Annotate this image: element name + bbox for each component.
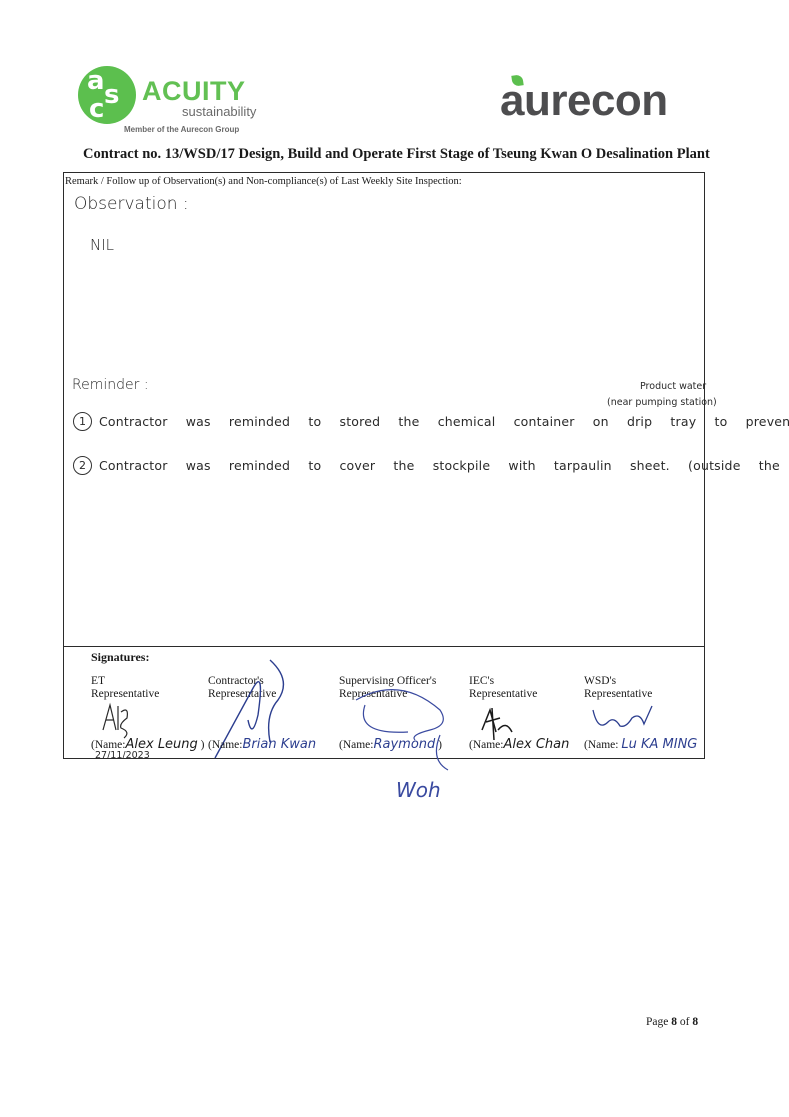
signature-role-iec: IEC's Representative xyxy=(469,675,537,701)
role-line2: Representative xyxy=(91,688,159,701)
role-line1: ET xyxy=(91,675,159,688)
page-number: Page 8 of 8 xyxy=(646,1016,698,1028)
signature-divider xyxy=(63,646,705,647)
role-line2: Representative xyxy=(584,688,652,701)
role-line1: IEC's xyxy=(469,675,537,688)
observation-value: NIL xyxy=(90,236,114,254)
monogram-s: s xyxy=(104,82,119,108)
signatory-name: Raymond xyxy=(373,737,435,752)
aurecon-brand-name: aurecon xyxy=(500,76,668,126)
reminder-1-number: 1 xyxy=(73,412,92,431)
reminder-2-text: Contractor was reminded to cover the sto… xyxy=(99,458,789,473)
signatory-name: Alex Chan xyxy=(503,737,569,752)
page-of: of xyxy=(680,1016,690,1028)
name-prefix: (Name: xyxy=(208,739,242,751)
name-suffix: ) xyxy=(201,739,205,751)
observation-label: Observation : xyxy=(74,194,189,214)
signatory-name: Brian Kwan xyxy=(242,737,316,752)
monogram-a: a xyxy=(87,68,105,94)
signatory-name: Lu KA MING xyxy=(621,737,697,752)
signature-name-supervising-officer: (Name:Raymond ) xyxy=(339,737,442,752)
reminder-label: Reminder : xyxy=(72,377,149,393)
acuity-member-text: Member of the Aurecon Group xyxy=(124,125,239,134)
role-line2: Representative xyxy=(339,688,436,701)
asc-monogram-icon: a s c xyxy=(78,66,136,124)
contract-title: Contract no. 13/WSD/17 Design, Build and… xyxy=(83,146,710,163)
signature-name-wsd: (Name: Lu KA MING xyxy=(584,737,697,752)
signature-name-iec: (Name:Alex Chan xyxy=(469,737,569,752)
signatory-name-line2: Woh xyxy=(396,778,441,802)
acuity-tagline: sustainability xyxy=(182,104,256,119)
role-line1: WSD's xyxy=(584,675,652,688)
signature-role-wsd: WSD's Representative xyxy=(584,675,652,701)
page-total: 8 xyxy=(692,1016,698,1028)
role-line1: Supervising Officer's xyxy=(339,675,436,688)
name-suffix: ) xyxy=(438,739,442,751)
reminder-1-annotation-line2: (near pumping station) xyxy=(607,397,717,408)
name-prefix: (Name: xyxy=(469,739,503,751)
aurecon-logo: aurecon xyxy=(500,72,700,128)
page-label: Page xyxy=(646,1016,668,1028)
acuity-brand-name: ACUITY xyxy=(142,76,246,107)
signature-role-supervising-officer: Supervising Officer's Representative xyxy=(339,675,436,701)
signatures-title: Signatures: xyxy=(91,650,149,665)
name-prefix: (Name: xyxy=(339,739,373,751)
signature-name-contractor: (Name:Brian Kwan xyxy=(208,737,316,752)
name-prefix: (Name: xyxy=(584,739,618,751)
signature-role-et: ET Representative xyxy=(91,675,159,701)
signature-role-contractor: Contractor's Representative xyxy=(208,675,276,701)
signature-date-et: 27/11/2023 xyxy=(95,750,150,761)
role-line2: Representative xyxy=(469,688,537,701)
remark-section-header: Remark / Follow up of Observation(s) and… xyxy=(65,176,462,187)
reminder-1-annotation-line1: Product water xyxy=(640,381,706,392)
role-line1: Contractor's xyxy=(208,675,276,688)
acuity-sustainability-logo: a s c ACUITY sustainability Member of th… xyxy=(78,66,268,138)
reminder-1-text: Contractor was reminded to stored the ch… xyxy=(99,414,789,429)
monogram-c: c xyxy=(89,96,104,122)
page-current: 8 xyxy=(671,1016,677,1028)
role-line2: Representative xyxy=(208,688,276,701)
reminder-2-number: 2 xyxy=(73,456,92,475)
